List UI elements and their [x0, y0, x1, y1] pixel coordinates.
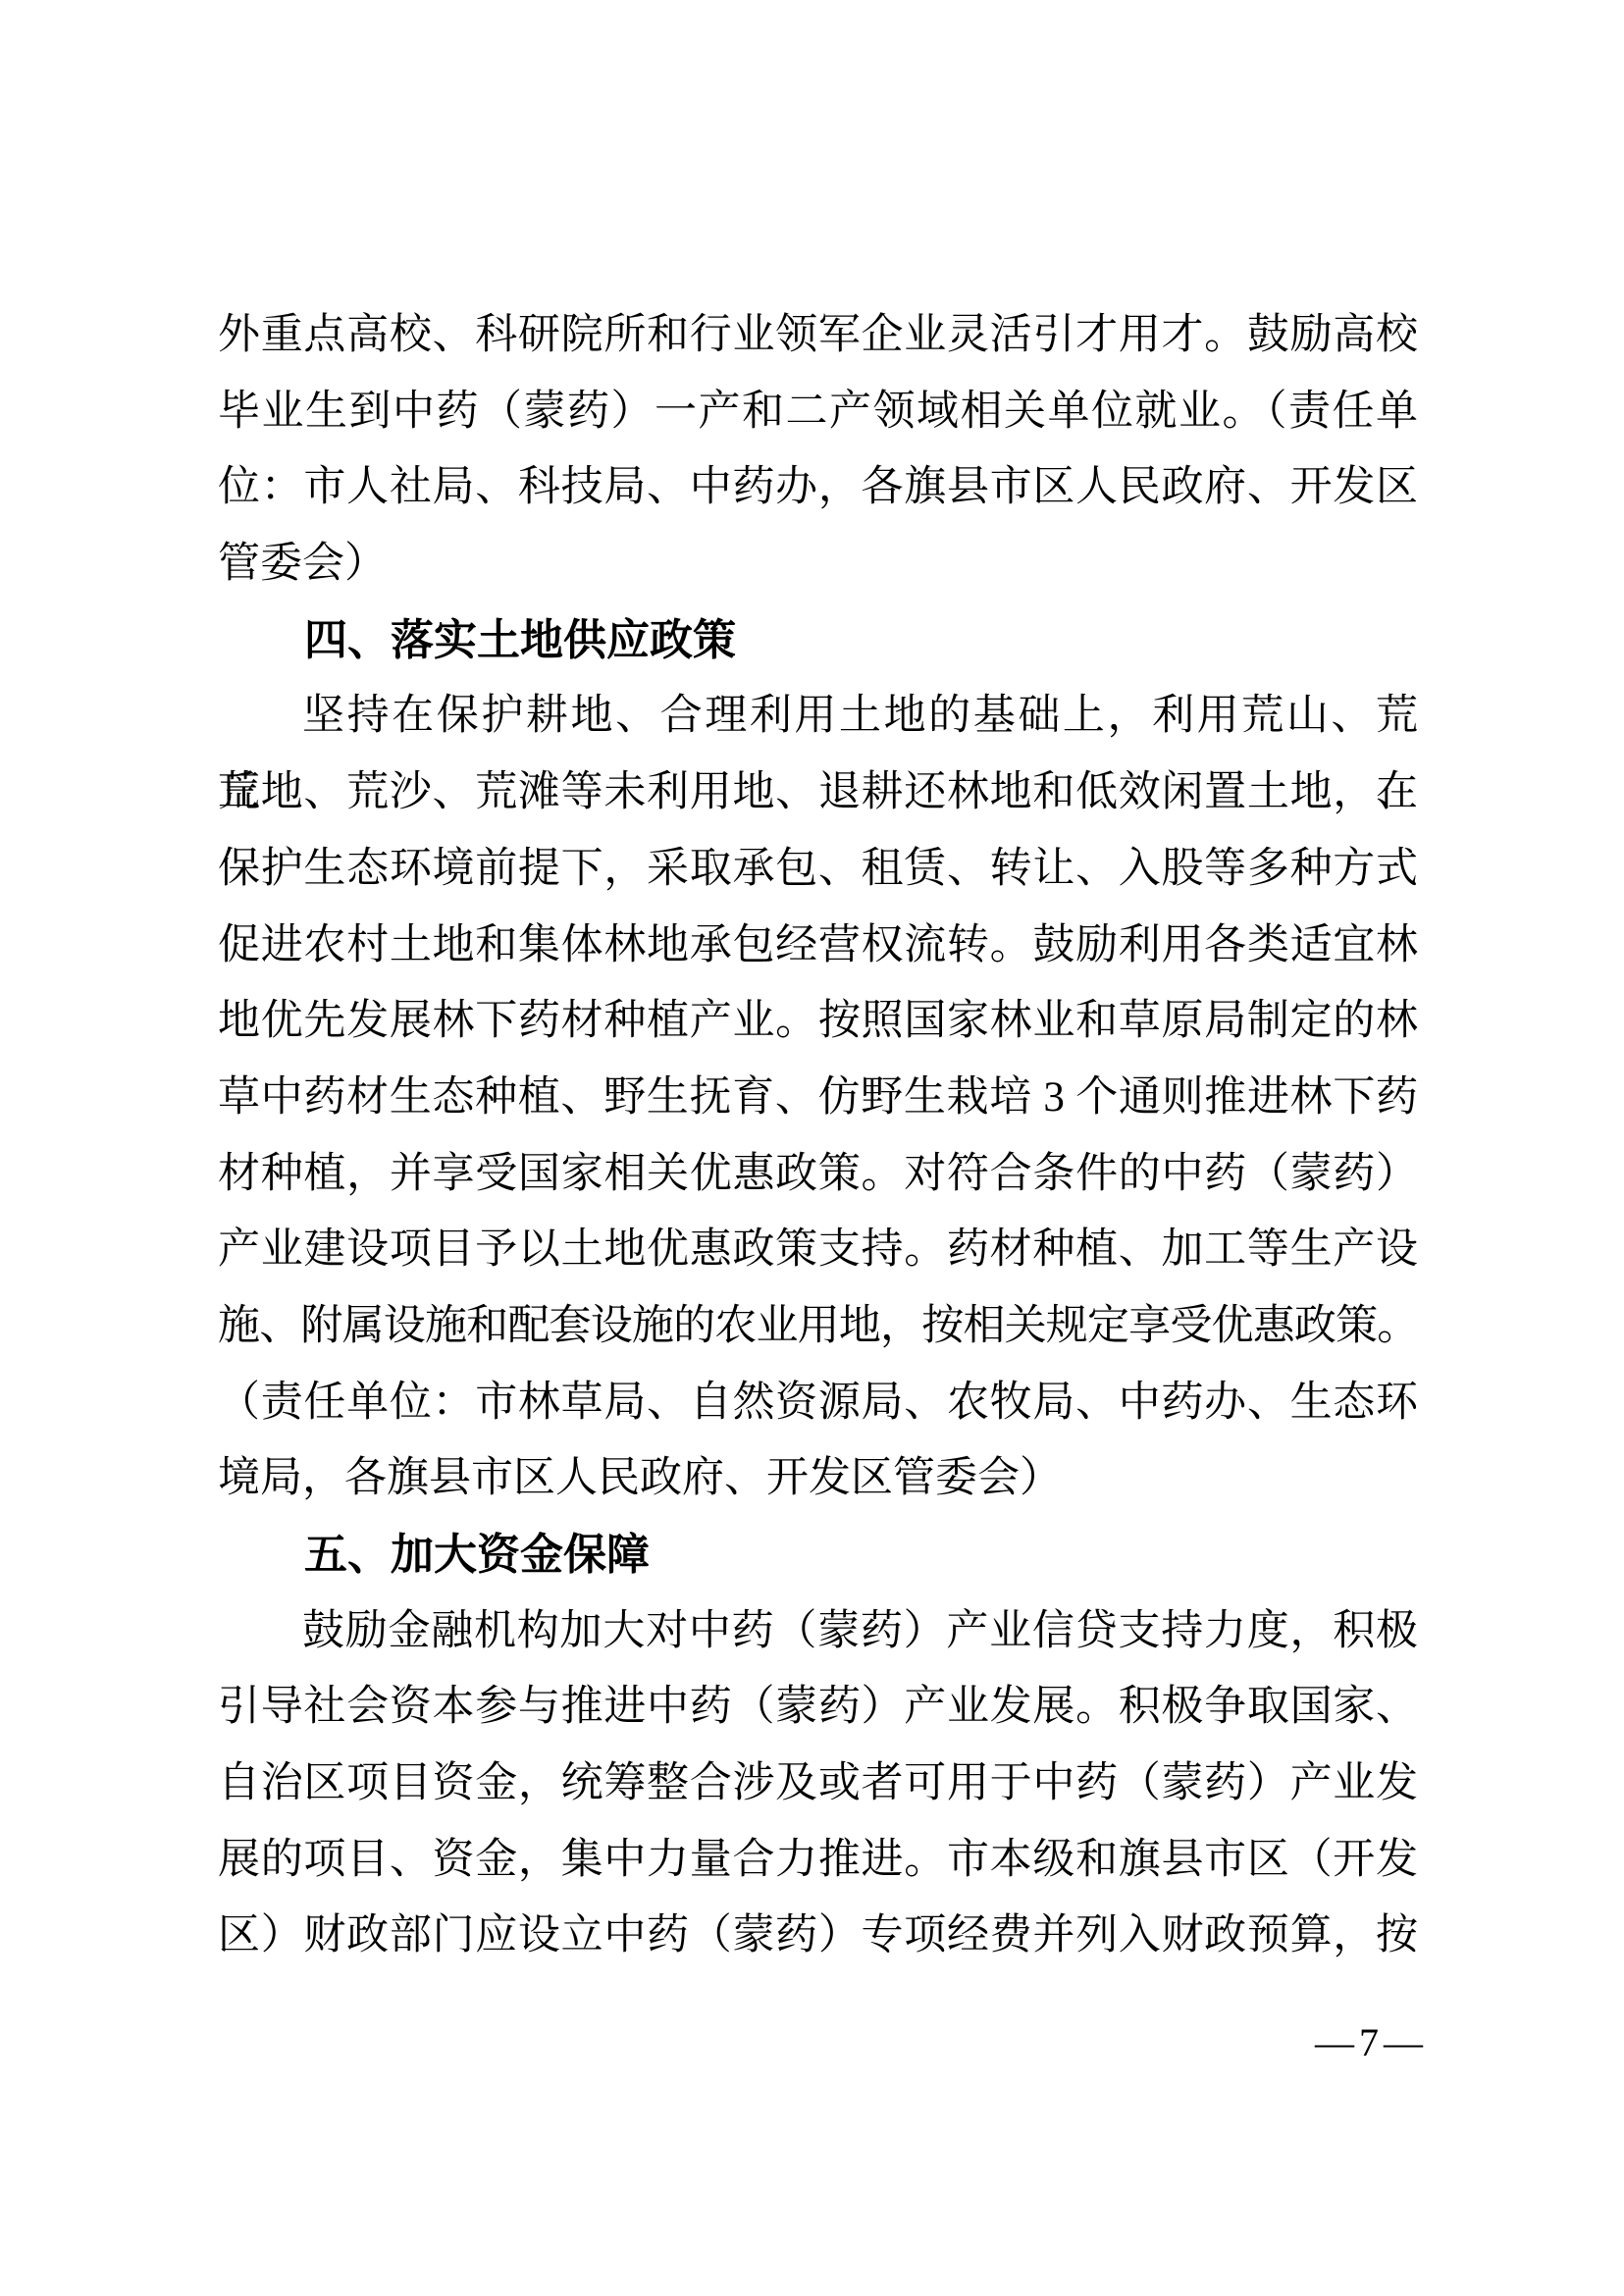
text-line: 荒地、荒沙、荒滩等未利用地、退耕还林地和低效闲置土地，在	[218, 755, 1418, 831]
text-line: 保护生态环境前提下，采取承包、租赁、转让、入股等多种方式	[218, 831, 1418, 908]
text-line: 区）财政部门应设立中药（蒙药）专项经费并列入财政预算，按	[218, 1898, 1418, 1974]
section-heading: 四、落实土地供应政策	[218, 602, 1418, 679]
text-line: 引导社会资本参与推进中药（蒙药）产业发展。积极争取国家、	[218, 1669, 1418, 1746]
text-line: 地优先发展林下药材种植产业。按照国家林业和草原局制定的林	[218, 983, 1418, 1060]
page-number: —7—	[1315, 2013, 1428, 2072]
text-line: （责任单位：市林草局、自然资源局、农牧局、中药办、生态环	[218, 1365, 1418, 1441]
text-line: 促进农村土地和集体林地承包经营权流转。鼓励利用各类适宜林	[218, 908, 1418, 984]
text-line: 自治区项目资金，统筹整合涉及或者可用于中药（蒙药）产业发	[218, 1746, 1418, 1822]
document-body: 外重点高校、科研院所和行业领军企业灵活引才用才。鼓励高校毕业生到中药（蒙药）一产…	[218, 297, 1418, 1974]
text-line: 境局，各旗县市区人民政府、开发区管委会）	[218, 1440, 1418, 1517]
text-line: 鼓励金融机构加大对中药（蒙药）产业信贷支持力度，积极	[218, 1593, 1418, 1670]
text-line: 施、附属设施和配套设施的农业用地，按相关规定享受优惠政策。	[218, 1288, 1418, 1365]
text-line: 草中药材生态种植、野生抚育、仿野生栽培 3 个通则推进林下药	[218, 1060, 1418, 1136]
section-heading: 五、加大资金保障	[218, 1517, 1418, 1593]
text-line: 外重点高校、科研院所和行业领军企业灵活引才用才。鼓励高校	[218, 297, 1418, 374]
text-line: 管委会）	[218, 526, 1418, 602]
text-line: 材种植，并享受国家相关优惠政策。对符合条件的中药（蒙药）	[218, 1136, 1418, 1213]
text-line: 展的项目、资金，集中力量合力推进。市本级和旗县市区（开发	[218, 1822, 1418, 1899]
text-line: 坚持在保护耕地、合理利用土地的基础上，利用荒山、荒丘、	[218, 678, 1418, 755]
text-line: 产业建设项目予以土地优惠政策支持。药材种植、加工等生产设	[218, 1212, 1418, 1288]
text-line: 位：市人社局、科技局、中药办，各旗县市区人民政府、开发区	[218, 449, 1418, 526]
document-page: 外重点高校、科研院所和行业领军企业灵活引才用才。鼓励高校毕业生到中药（蒙药）一产…	[0, 0, 1624, 2296]
text-line: 毕业生到中药（蒙药）一产和二产领域相关单位就业。（责任单	[218, 374, 1418, 450]
